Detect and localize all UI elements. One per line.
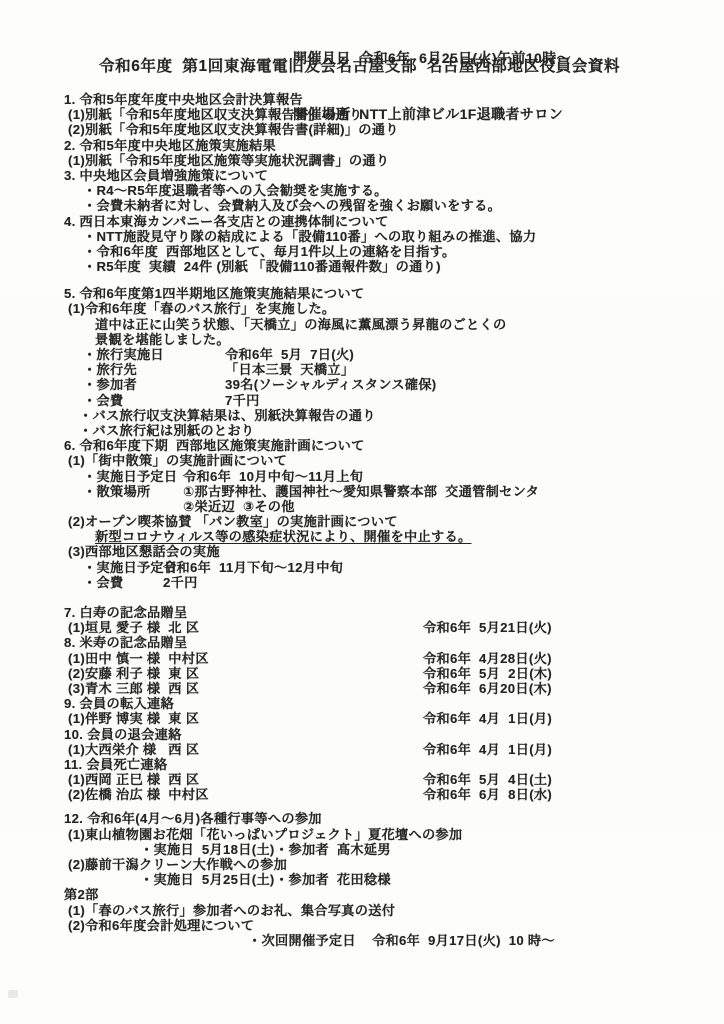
document-line: (1)別紙「令和5年度地区収支決算報告書」の通り	[0, 107, 724, 122]
document-line: (1)別紙「令和5年度地区施策等実施状況調書」の通り	[0, 153, 724, 168]
text-segment: (1)田中 慎一 様 中村区	[68, 651, 209, 666]
document-line: ・散策場所①那古野神社、護国神社～愛知県警察本部 交通管制センタ	[0, 484, 724, 499]
text-segment: 5. 令和6年度第1四半期地区施策実施結果について	[64, 286, 364, 301]
text-segment: 令和6年 5月 7日(火)	[225, 347, 354, 362]
text-segment: 7. 白寿の記念品贈呈	[64, 605, 187, 620]
text-segment: ・会費	[83, 575, 123, 590]
text-segment: ・実施日予定日	[83, 469, 177, 484]
text-segment: 「日本三景 天橋立」	[225, 362, 354, 377]
document-line: ・実施日予定日令和6年 11月下旬～12月中旬	[0, 560, 724, 575]
document-line: ・R4～R5年度退職者等への入会勧奨を実施する。	[0, 183, 724, 198]
document-line: 10. 会員の退会連絡	[0, 727, 724, 742]
text-segment: (1)令和6年度「春のバス旅行」を実施した。	[68, 301, 335, 316]
document-line: (1)大西栄介 様 西 区令和6年 4月 1日(月)	[0, 742, 724, 757]
text-segment: (2)佐橋 治広 様 中村区	[68, 787, 209, 802]
document-line: 8. 米寿の記念品贈呈	[0, 635, 724, 650]
document-line: ・バス旅行紀は別紙のとおり	[0, 423, 724, 438]
document-line: (1)田中 慎一 様 中村区令和6年 4月28日(火)	[0, 651, 724, 666]
document-line: 12. 令和6年(4月～6月)各種行事等への参加	[0, 811, 724, 826]
text-segment: (1)伴野 博実 様 東 区	[68, 711, 199, 726]
document-line: ・実施日予定日令和6年 10月中旬～11月上旬	[0, 469, 724, 484]
text-segment: 令和6年 5月 2日(木)	[423, 666, 552, 681]
document-body: 1. 令和5年度年度中央地区会計決算報告(1)別紙「令和5年度地区収支決算報告書…	[0, 92, 724, 948]
document-line: ・令和6年度 西部地区として、毎月1件以上の連絡を目指す。	[0, 244, 724, 259]
document-line: (1)「春のバス旅行」参加者へのお礼、集合写真の送付	[0, 903, 724, 918]
document-line: ・実施日 5月18日(土)・参加者 髙木延男	[0, 842, 724, 857]
text-segment: (1)「街中散策」の実施計画について	[68, 453, 287, 468]
document-line: 道中は正に山笑う状態、「天橋立」の海風に薫風漂う昇龍のごとくの	[0, 317, 724, 332]
document-line: (2)別紙「令和5年度地区収支決算報告書(詳細)」の通り	[0, 122, 724, 137]
text-segment: ・会費	[83, 393, 123, 408]
document-line: (1)「街中散策」の実施計画について	[0, 453, 724, 468]
document-line: (1)令和6年度「春のバス旅行」を実施した。	[0, 301, 724, 316]
text-segment: (2)令和6年度会計処理について	[68, 918, 254, 933]
text-segment: ・次回開催予定日	[248, 933, 356, 948]
text-segment: 令和6年 11月下旬～12月中旬	[163, 560, 343, 575]
document-line: 新型コロナウィルス等の感染症状況により、開催を中止する。	[0, 529, 724, 544]
document-line: ・会費未納者に対し、会費納入及び会への残留を強くお願いをする。	[0, 198, 724, 213]
text-segment: (2)藤前干潟クリーン大作戦への参加	[68, 857, 287, 872]
text-segment: 第2部	[64, 887, 99, 902]
text-segment: 6. 令和6年度下期 西部地区施策実施計画について	[64, 438, 365, 453]
document-line: (2)安藤 利子 様 東 区令和6年 5月 2日(木)	[0, 666, 724, 681]
text-segment: (1)別紙「令和5年度地区収支決算報告書」の通り	[68, 107, 362, 122]
text-segment: ・バス旅行紀は別紙のとおり	[79, 423, 254, 438]
scan-artifact	[8, 990, 18, 998]
document-title: 令和6年度 第1回東海電電旧友会名古屋支部 名古屋西部地区役員会資料	[99, 54, 620, 76]
document-line: 5. 令和6年度第1四半期地区施策実施結果について	[0, 286, 724, 301]
text-segment: (2)オープン喫茶協賛 「パン教室」の実施計画について	[68, 514, 398, 529]
text-segment: 9. 会員の転入連絡	[64, 696, 174, 711]
text-segment: 令和6年 4月 1日(月)	[423, 711, 552, 726]
text-segment: ・散策場所	[83, 484, 150, 499]
document-line: ・会費2千円	[0, 575, 724, 590]
text-segment: ・実施日 5月25日(土)	[140, 872, 275, 887]
text-segment: (1)大西栄介 様 西 区	[68, 742, 199, 757]
text-segment: 10. 会員の退会連絡	[64, 727, 182, 742]
text-segment: (1)「春のバス旅行」参加者へのお礼、集合写真の送付	[68, 903, 395, 918]
text-segment: 1. 令和5年度年度中央地区会計決算報告	[64, 92, 303, 107]
text-segment: 令和6年 9月17日(火) 10 時～	[372, 933, 555, 948]
text-segment: 11. 会員死亡連絡	[64, 757, 167, 772]
text-segment: (1)別紙「令和5年度地区施策等実施状況調書」の通り	[68, 153, 389, 168]
text-segment: (1)垣見 愛子 様 北 区	[68, 620, 199, 635]
text-segment: ・バス旅行収支決算結果は、別紙決算報告の通り	[79, 408, 376, 423]
document-line: ②栄近辺 ③その他	[0, 499, 724, 514]
document-line: 第2部	[0, 887, 724, 902]
text-segment: 令和6年 5月21日(火)	[423, 620, 552, 635]
document-line: ・NTT施設見守り隊の結成による「設備110番」への取り組みの推進、協力	[0, 229, 724, 244]
underlined-text-segment: 新型コロナウィルス等の感染症状況により、開催を中止する。	[95, 529, 471, 544]
document-line: ・参加者39名(ソーシャルディスタンス確保)	[0, 377, 724, 392]
text-segment: 8. 米寿の記念品贈呈	[64, 635, 187, 650]
text-segment: ・旅行実施日	[83, 347, 164, 362]
scanned-document-page: 開催月日 令和6年 6月25日(火)午前10時～ 開催場所 NTT上前津ビル1F…	[0, 0, 724, 1024]
text-segment: ・R4～R5年度退職者等への入会勧奨を実施する。	[83, 183, 388, 198]
text-segment: ・実施日 5月18日(土)	[140, 842, 275, 857]
text-segment: 39名(ソーシャルディスタンス確保)	[225, 377, 437, 392]
text-segment: 令和6年 6月20日(木)	[423, 681, 552, 696]
document-line: 景観を堪能しました。	[0, 332, 724, 347]
text-segment: 3. 中央地区会員増強施策について	[64, 168, 268, 183]
text-segment: ・旅行先	[83, 362, 137, 377]
text-segment: ・令和6年度 西部地区として、毎月1件以上の連絡を目指す。	[83, 244, 456, 259]
text-segment: 4. 西日本東海カンパニー各支店との連携体制について	[64, 214, 389, 229]
text-segment: 7千円	[225, 393, 260, 408]
text-segment: ・参加者 髙木延男	[275, 842, 391, 857]
text-segment: (3)青木 三郎 様 西 区	[68, 681, 199, 696]
text-segment: 令和6年 4月28日(火)	[423, 651, 552, 666]
text-segment: ・参加者	[83, 377, 137, 392]
text-segment: 道中は正に山笑う状態、「天橋立」の海風に薫風漂う昇龍のごとくの	[95, 317, 507, 332]
text-segment: (1)西岡 正巳 様 西 区	[68, 772, 199, 787]
text-segment: 景観を堪能しました。	[95, 332, 230, 347]
document-line: ・会費7千円	[0, 393, 724, 408]
text-segment: (3)西部地区懇話会の実施	[68, 544, 220, 559]
document-line: 4. 西日本東海カンパニー各支店との連携体制について	[0, 214, 724, 229]
document-line: 9. 会員の転入連絡	[0, 696, 724, 711]
document-line: ・旅行先「日本三景 天橋立」	[0, 362, 724, 377]
text-segment: ・会費未納者に対し、会費納入及び会への残留を強くお願いをする。	[83, 198, 501, 213]
document-line: (2)オープン喫茶協賛 「パン教室」の実施計画について	[0, 514, 724, 529]
document-line: (1)伴野 博実 様 東 区令和6年 4月 1日(月)	[0, 711, 724, 726]
document-line: 3. 中央地区会員増強施策について	[0, 168, 724, 183]
text-segment: 2千円	[163, 575, 198, 590]
document-line: ・バス旅行収支決算結果は、別紙決算報告の通り	[0, 408, 724, 423]
document-line: (1)垣見 愛子 様 北 区令和6年 5月21日(火)	[0, 620, 724, 635]
document-line: (3)青木 三郎 様 西 区令和6年 6月20日(木)	[0, 681, 724, 696]
document-line: (2)藤前干潟クリーン大作戦への参加	[0, 857, 724, 872]
text-segment: 2. 令和5年度中央地区施策実施結果	[64, 138, 276, 153]
document-line: ・旅行実施日令和6年 5月 7日(火)	[0, 347, 724, 362]
text-segment: 令和6年 10月中旬～11月上旬	[183, 469, 363, 484]
text-segment: ・NTT施設見守り隊の結成による「設備110番」への取り組みの推進、協力	[83, 229, 536, 244]
text-segment: (2)別紙「令和5年度地区収支決算報告書(詳細)」の通り	[68, 122, 399, 137]
text-segment: 令和6年 6月 8日(水)	[423, 787, 552, 802]
text-segment: 令和6年 4月 1日(月)	[423, 742, 552, 757]
document-line: ・次回開催予定日令和6年 9月17日(火) 10 時～	[0, 933, 724, 948]
document-line: (2)令和6年度会計処理について	[0, 918, 724, 933]
text-segment: ・R5年度 実績 24件 (別紙 「設備110番通報件数」の通り)	[83, 259, 441, 274]
text-segment: ①那古野神社、護国神社～愛知県警察本部 交通管制センタ	[183, 484, 539, 499]
text-segment: (2)安藤 利子 様 東 区	[68, 666, 199, 681]
document-line: (1)東山植物園お花畑「花いっぱいプロジェクト」夏花壇への参加	[0, 827, 724, 842]
document-line: ・実施日 5月25日(土)・参加者 花田稔様	[0, 872, 724, 887]
document-line: (2)佐橋 治広 様 中村区令和6年 6月 8日(水)	[0, 787, 724, 802]
text-segment: 12. 令和6年(4月～6月)各種行事等への参加	[64, 811, 322, 826]
document-line: ・R5年度 実績 24件 (別紙 「設備110番通報件数」の通り)	[0, 259, 724, 274]
document-line: (3)西部地区懇話会の実施	[0, 544, 724, 559]
document-line: 6. 令和6年度下期 西部地区施策実施計画について	[0, 438, 724, 453]
document-line: 7. 白寿の記念品贈呈	[0, 605, 724, 620]
text-segment: (1)東山植物園お花畑「花いっぱいプロジェクト」夏花壇への参加	[68, 827, 462, 842]
document-line: (1)西岡 正巳 様 西 区令和6年 5月 4日(土)	[0, 772, 724, 787]
document-line: 1. 令和5年度年度中央地区会計決算報告	[0, 92, 724, 107]
document-line: 2. 令和5年度中央地区施策実施結果	[0, 138, 724, 153]
text-segment: ②栄近辺 ③その他	[183, 499, 295, 514]
text-segment: ・参加者 花田稔様	[275, 872, 391, 887]
document-line: 11. 会員死亡連絡	[0, 757, 724, 772]
text-segment: 令和6年 5月 4日(土)	[423, 772, 552, 787]
